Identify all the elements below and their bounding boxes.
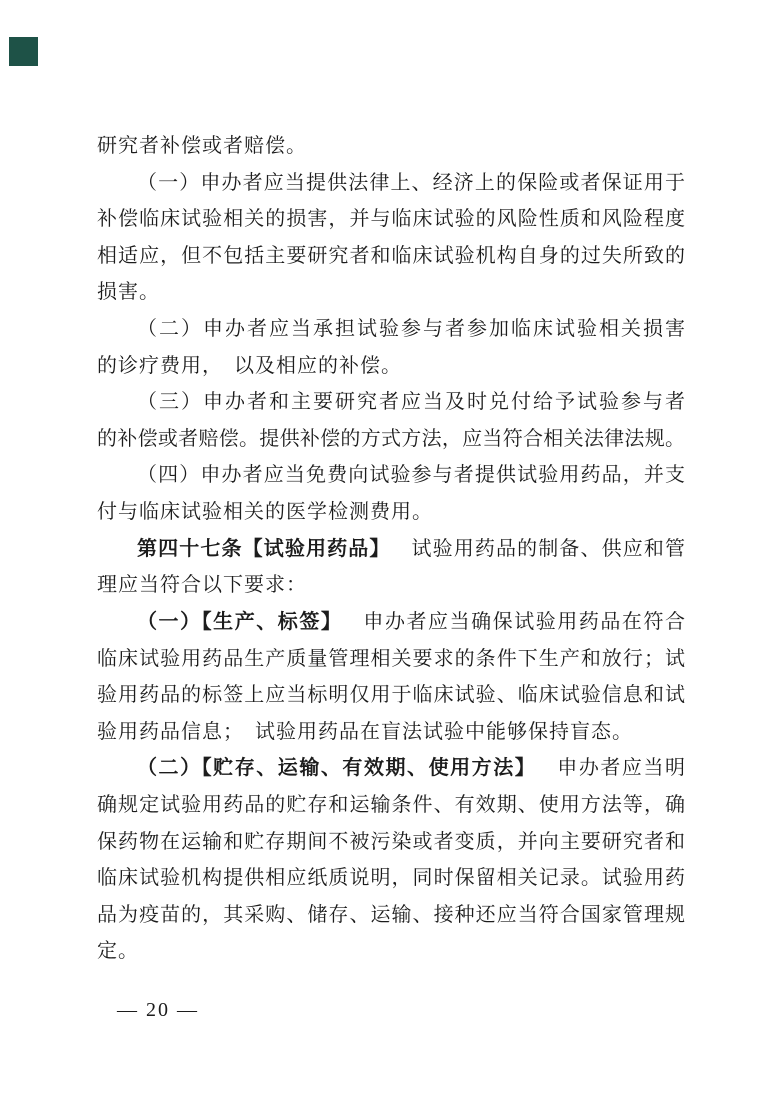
heading-label: 第四十七条【试验用药品】 xyxy=(137,538,391,560)
page-number: — 20 — xyxy=(117,997,199,1023)
text-line: 损害。 xyxy=(97,274,685,311)
text-line: 品为疫苗的，其采购、储存、运输、接种还应当符合国家管理规 xyxy=(97,897,685,934)
text-line-heading: 第四十七条【试验用药品】试验用药品的制备、供应和管 xyxy=(97,531,685,568)
text-line: 临床试验机构提供相应纸质说明，同时保留相关记录。试验用药 xyxy=(97,860,685,897)
heading-rest-text: 申办者应当确保试验用药品在符合 xyxy=(363,611,685,633)
text-line: 的诊疗费用， 以及相应的补偿。 xyxy=(97,348,685,385)
text-line: 保药物在运输和贮存期间不被污染或者变质，并向主要研究者和 xyxy=(97,824,685,861)
text-line: 理应当符合以下要求： xyxy=(97,567,685,604)
text-line: （四）申办者应当免费向试验参与者提供试验用药品，并支 xyxy=(97,457,685,494)
text-line: 验用药品的标签上应当标明仅用于临床试验、临床试验信息和试 xyxy=(97,677,685,714)
text-line: （三）申办者和主要研究者应当及时兑付给予试验参与者 xyxy=(97,384,685,421)
text-line: 补偿临床试验相关的损害，并与临床试验的风险性质和风险程度 xyxy=(97,201,685,238)
heading-rest-text: 申办者应当明 xyxy=(557,757,685,779)
text-line: 验用药品信息； 试验用药品在盲法试验中能够保持盲态。 xyxy=(97,714,685,751)
text-line: （二）申办者应当承担试验参与者参加临床试验相关损害 xyxy=(97,311,685,348)
text-line-heading: （二）【贮存、运输、有效期、使用方法】申办者应当明 xyxy=(97,750,685,787)
text-block: 研究者补偿或者赔偿。（一）申办者应当提供法律上、经济上的保险或者保证用于补偿临床… xyxy=(97,128,685,970)
heading-rest-text: 试验用药品的制备、供应和管 xyxy=(412,538,686,560)
text-line: 的补偿或者赔偿。提供补偿的方式方法，应当符合相关法律法规。 xyxy=(97,421,685,458)
text-line: 确规定试验用药品的贮存和运输条件、有效期、使用方法等，确 xyxy=(97,787,685,824)
text-line: 定。 xyxy=(97,933,685,970)
text-line: 相适应，但不包括主要研究者和临床试验机构自身的过失所致的 xyxy=(97,238,685,275)
document-page: 研究者补偿或者赔偿。（一）申办者应当提供法律上、经济上的保险或者保证用于补偿临床… xyxy=(0,0,781,1105)
corner-mark xyxy=(9,37,38,66)
text-line: 研究者补偿或者赔偿。 xyxy=(97,128,685,165)
text-line-heading: （一）【生产、标签】申办者应当确保试验用药品在符合 xyxy=(97,604,685,641)
heading-label: （二）【贮存、运输、有效期、使用方法】 xyxy=(137,757,536,779)
text-line: （一）申办者应当提供法律上、经济上的保险或者保证用于 xyxy=(97,165,685,202)
text-line: 付与临床试验相关的医学检测费用。 xyxy=(97,494,685,531)
text-line: 临床试验用药品生产质量管理相关要求的条件下生产和放行；试 xyxy=(97,641,685,678)
heading-label: （一）【生产、标签】 xyxy=(137,611,342,633)
